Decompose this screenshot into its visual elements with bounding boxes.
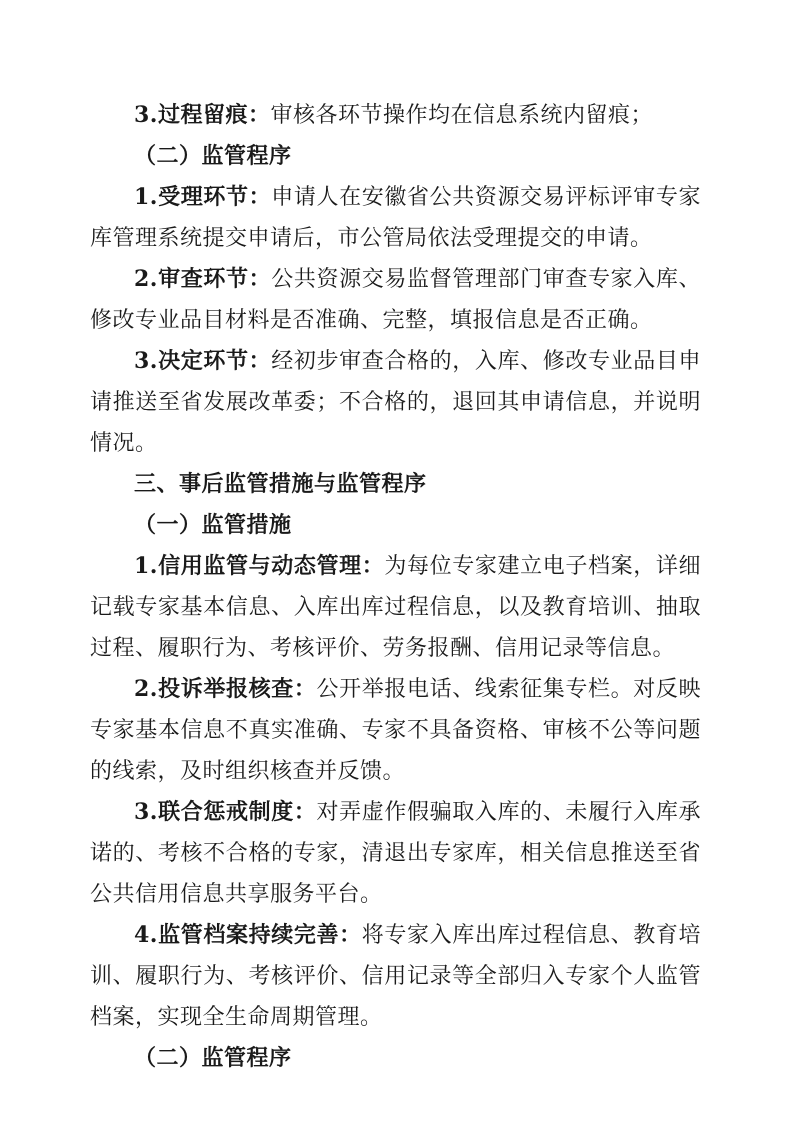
para-archive-improvement: 4.监管档案持续完善：将专家入库出库过程信息、教育培训、履职行为、考核评价、信用… [90, 915, 701, 1038]
para-complaint-check-lead: 2.投诉举报核查： [134, 676, 316, 702]
para-acceptance-step: 1.受理环节：申请人在安徽省公共资源交易评标评审专家库管理系统提交申请后，市公管… [90, 177, 701, 259]
para-archive-improvement-lead: 4.监管档案持续完善： [134, 922, 362, 948]
para-complaint-check: 2.投诉举报核查：公开举报电话、线索征集专栏。对反映专家基本信息不真实准确、专家… [90, 669, 701, 792]
para-credit-supervision-lead: 1.信用监管与动态管理： [134, 553, 384, 579]
para-joint-punishment-lead: 3.联合惩戒制度： [134, 799, 316, 825]
para-joint-punishment: 3.联合惩戒制度：对弄虚作假骗取入库的、未履行入库承诺的、考核不合格的专家，清退… [90, 792, 701, 915]
para-process-trace: 3.过程留痕：审核各环节操作均在信息系统内留痕； [90, 95, 701, 136]
para-credit-supervision: 1.信用监管与动态管理：为每位专家建立电子档案，详细记载专家基本信息、入库出库过… [90, 546, 701, 669]
para-process-trace-text: 审核各环节操作均在信息系统内留痕； [270, 103, 653, 128]
para-review-step-lead: 2.审查环节： [134, 266, 271, 292]
para-decision-step-lead: 3.决定环节： [134, 348, 271, 374]
subsection-heading-supervision-procedure-1: （二）监管程序 [90, 136, 701, 177]
para-review-step: 2.审查环节：公共资源交易监督管理部门审查专家入库、修改专业品目材料是否准确、完… [90, 259, 701, 341]
subsection-heading-supervision-measures: （一）监管措施 [90, 505, 701, 546]
para-process-trace-lead: 3.过程留痕： [134, 102, 270, 128]
document-body: 3.过程留痕：审核各环节操作均在信息系统内留痕； （二）监管程序 1.受理环节：… [0, 0, 793, 1122]
subsection-heading-supervision-procedure-2: （二）监管程序 [90, 1038, 701, 1079]
section-heading-post-supervision: 三、事后监管措施与监管程序 [90, 464, 701, 505]
para-acceptance-step-lead: 1.受理环节： [134, 184, 271, 210]
para-decision-step: 3.决定环节：经初步审查合格的，入库、修改专业品目申请推送至省发展改革委；不合格… [90, 341, 701, 464]
document-page: 3.过程留痕：审核各环节操作均在信息系统内留痕； （二）监管程序 1.受理环节：… [0, 0, 793, 1122]
